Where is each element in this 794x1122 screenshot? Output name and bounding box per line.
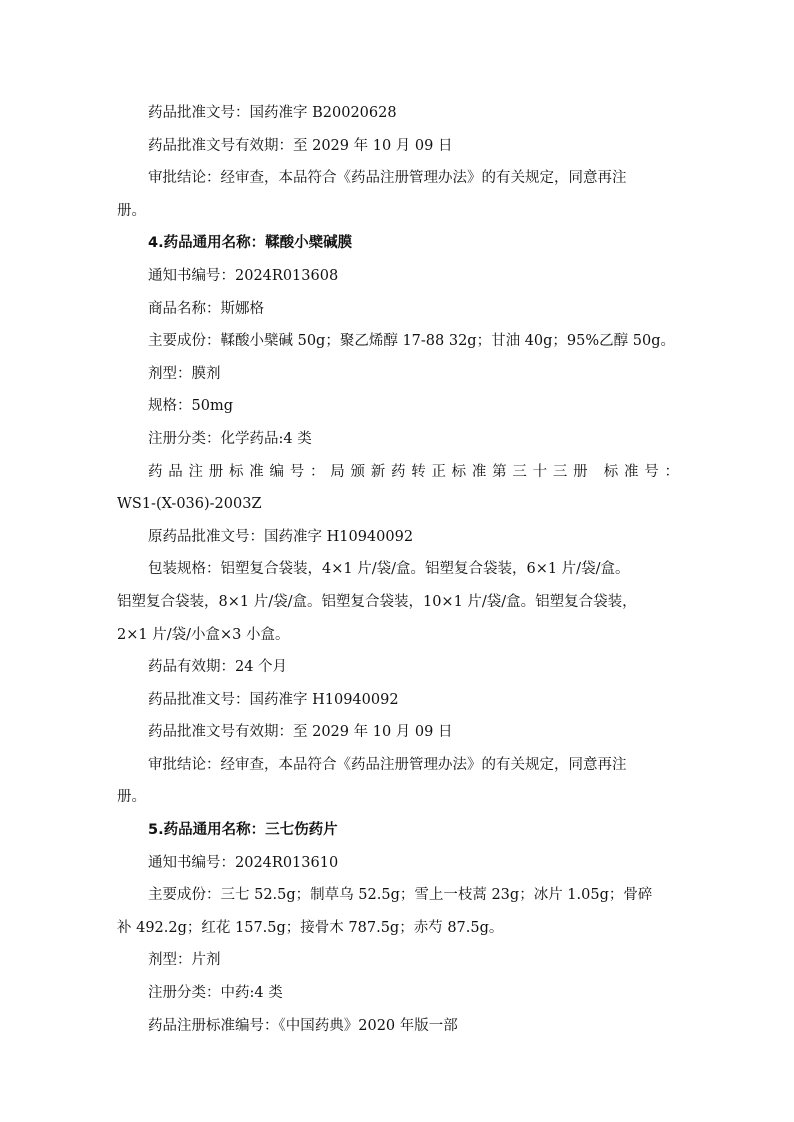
approval-number-line: 药品批准文号：国药准字 B20020628 (117, 97, 679, 130)
approval-conclusion-line: 审批结论：经审查，本品符合《药品注册管理办法》的有关规定，同意再注 (117, 162, 679, 195)
standard-number-line-5: 药品注册标准编号：《中国药典》2020 年版一部 (117, 1010, 679, 1043)
approval-validity-line-2: 药品批准文号有效期：至 2029 年 10 月 09 日 (117, 716, 679, 749)
approval-conclusion-continuation: 册。 (117, 195, 679, 228)
section-heading-4: 4.药品通用名称：鞣酸小檗碱膜 (117, 227, 679, 260)
approval-number-line-2: 药品批准文号：国药准字 H10940092 (117, 684, 679, 717)
registration-class-line-5: 注册分类：中药:4 类 (117, 977, 679, 1010)
packaging-line: 包装规格：铝塑复合袋装，4×1 片/袋/盒。铝塑复合袋装，6×1 片/袋/盒。 (117, 553, 679, 586)
ingredients-continuation-5: 补 492.2g；红花 157.5g；接骨木 787.5g；赤芍 87.5g。 (117, 912, 679, 945)
shelf-life-line: 药品有效期：24 个月 (117, 651, 679, 684)
original-approval-number-line: 原药品批准文号：国药准字 H10940092 (117, 521, 679, 554)
standard-number-line: 药品注册标准编号：局颁新药转正标准第三十三册 标准号： (117, 456, 679, 489)
specification-line: 规格：50mg (117, 390, 679, 423)
ingredients-line: 主要成份：鞣酸小檗碱 50g；聚乙烯醇 17-88 32g；甘油 40g；95%… (117, 325, 679, 358)
standard-number-continuation: WS1-(X-036)-2003Z (117, 488, 679, 521)
notice-number-line: 通知书编号：2024R013608 (117, 260, 679, 293)
trade-name-line: 商品名称：斯娜格 (117, 293, 679, 326)
approval-conclusion-line-2: 审批结论：经审查，本品符合《药品注册管理办法》的有关规定，同意再注 (117, 749, 679, 782)
dosage-form-line-5: 剂型：片剂 (117, 944, 679, 977)
packaging-continuation-1: 铝塑复合袋装，8×1 片/袋/盒。铝塑复合袋装，10×1 片/袋/盒。铝塑复合袋… (117, 586, 679, 619)
ingredients-line-5: 主要成份：三七 52.5g；制草乌 52.5g；雪上一枝蒿 23g；冰片 1.0… (117, 879, 679, 912)
approval-conclusion-continuation-2: 册。 (117, 781, 679, 814)
notice-number-line-5: 通知书编号：2024R013610 (117, 847, 679, 880)
packaging-continuation-2: 2×1 片/袋/小盒×3 小盒。 (117, 619, 679, 652)
registration-class-line: 注册分类：化学药品:4 类 (117, 423, 679, 456)
section-heading-5: 5.药品通用名称：三七伤药片 (117, 814, 679, 847)
document-page: 药品批准文号：国药准字 B20020628 药品批准文号有效期：至 2029 年… (117, 97, 679, 1042)
approval-validity-line: 药品批准文号有效期：至 2029 年 10 月 09 日 (117, 130, 679, 163)
dosage-form-line: 剂型：膜剂 (117, 358, 679, 391)
